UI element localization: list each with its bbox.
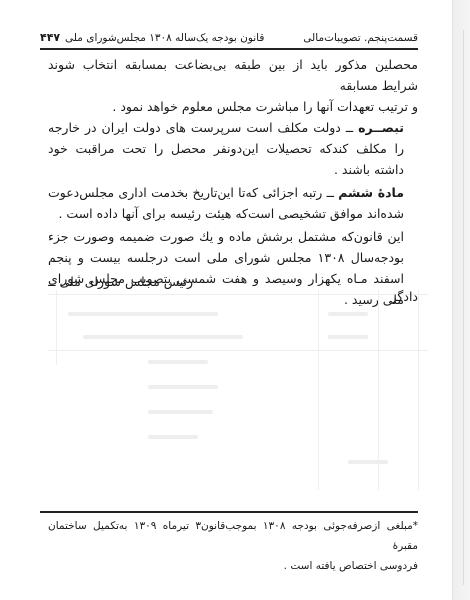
signature-text: رئیس مجلس شورای ملی ــ دادگر <box>48 274 418 304</box>
note-paragraph: تبصــره ــ دولت مکلف است سرپرست های دولت… <box>48 117 418 180</box>
body-line-2: و ترتیب تعهدات آنها را مباشرت مجلس معلوم… <box>48 96 418 117</box>
section-title: قسمت‌پنجم. تصویبات‌مالی <box>303 32 418 44</box>
footnote-line-2: فردوسی اختصاص یافته است . <box>48 556 418 576</box>
header-divider <box>40 48 418 50</box>
law-title: قانون بودجه یک‌ساله ۱۳۰۸ مجلس‌شورای ملی <box>60 32 269 44</box>
page-edge <box>452 0 470 600</box>
bleed-through-table <box>48 290 428 490</box>
footnote: *مبلغی ازصرفه‌جوئی بودجه ۱۳۰۸ بموجب‌قانو… <box>48 516 418 576</box>
article-six-label: مادهٔ ششم <box>338 185 404 200</box>
footnote-line-1: *مبلغی ازصرفه‌جوئی بودجه ۱۳۰۸ بموجب‌قانو… <box>48 516 418 556</box>
article-six-paragraph: مادهٔ ششم ــ رتبه اجزائی که‌تا این‌تاریخ… <box>48 182 418 224</box>
footnote-divider <box>40 511 418 513</box>
note-label: تبصــره <box>358 120 404 135</box>
body-text: محصلین مذکور باید از بین طبقه بی‌بضاعت ب… <box>48 54 418 310</box>
page-number: ۴۴۷ <box>40 31 60 44</box>
running-header: قسمت‌پنجم. تصویبات‌مالی قانون بودجه یک‌س… <box>40 26 418 44</box>
body-line-1: محصلین مذکور باید از بین طبقه بی‌بضاعت ب… <box>48 54 418 96</box>
document-page: قسمت‌پنجم. تصویبات‌مالی قانون بودجه یک‌س… <box>0 0 452 600</box>
note-text: ــ دولت مکلف است سرپرست های دولت ایران د… <box>48 120 404 177</box>
signature-line: رئیس مجلس شورای ملی ــ دادگر <box>48 274 418 304</box>
